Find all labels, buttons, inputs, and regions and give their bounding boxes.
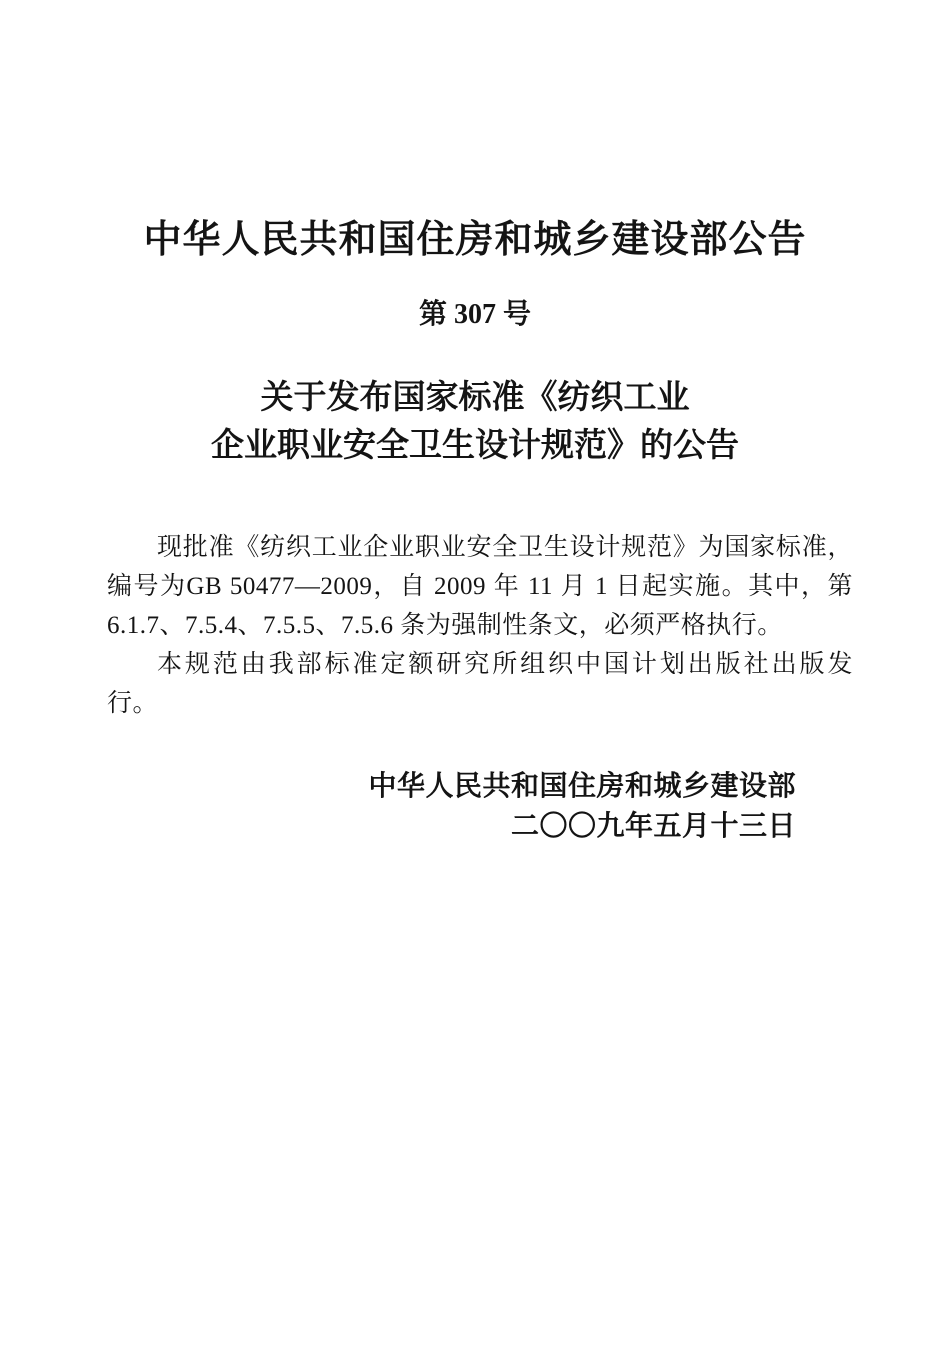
paragraph-1-line-3: 6.1.7、7.5.4、7.5.5、7.5.6 条为强制性条文，必须严格执行。 (107, 606, 853, 645)
issuer-name: 中华人民共和国住房和城乡建设部 (368, 766, 796, 806)
paragraph-2-line-2: 行。 (107, 684, 853, 723)
paragraph-2-line-1: 本规范由我部标准定额研究所组织中国计划出版社出版发 (107, 645, 853, 684)
subtitle-line-2: 企业职业安全卫生设计规范》的公告 (0, 422, 950, 470)
issue-date: 二〇〇九年五月十三日 (368, 806, 796, 846)
signature-block: 中华人民共和国住房和城乡建设部 二〇〇九年五月十三日 (368, 766, 796, 846)
announcement-body: 现批准《纺织工业企业职业安全卫生设计规范》为国家标准， 编号为GB 50477—… (107, 528, 853, 723)
announcement-subtitle: 关于发布国家标准《纺织工业 企业职业安全卫生设计规范》的公告 (0, 374, 950, 470)
announcement-number: 第 307 号 (0, 292, 950, 332)
paragraph-1-line-1: 现批准《纺织工业企业职业安全卫生设计规范》为国家标准， (107, 528, 853, 567)
paragraph-1-line-2: 编号为GB 50477—2009，自 2009 年 11 月 1 日起实施。其中… (107, 567, 853, 606)
document-page: 中华人民共和国住房和城乡建设部公告 第 307 号 关于发布国家标准《纺织工业 … (0, 0, 950, 1351)
subtitle-line-1: 关于发布国家标准《纺织工业 (0, 374, 950, 422)
announcement-title: 中华人民共和国住房和城乡建设部公告 (0, 208, 950, 263)
